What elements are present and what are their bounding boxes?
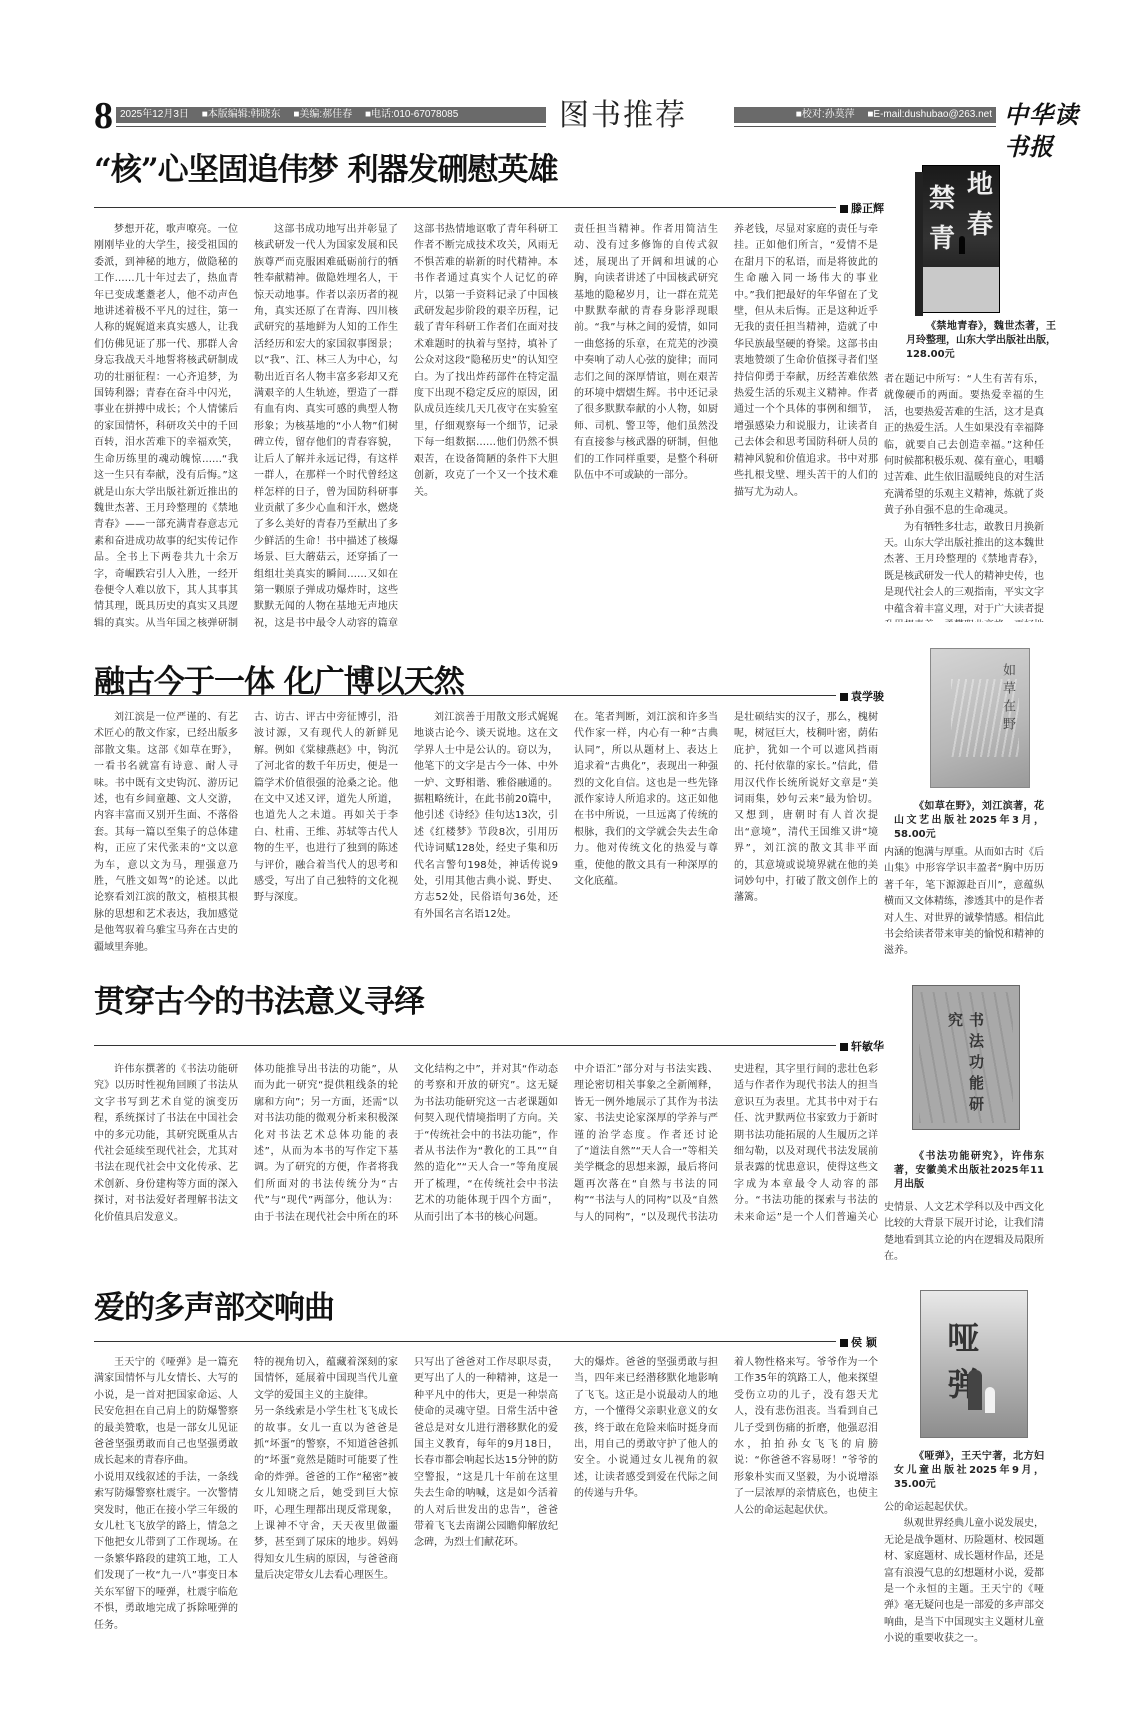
article-byline: 侯 颖 — [840, 1334, 877, 1350]
text-column: 养老钱，尽显对家庭的责任与牵挂。正如他们所言，“爱情不是在甜月下的私语，而是将彼… — [734, 222, 878, 632]
newspaper-page: 8 2025年12月3日 ■本版编辑:韩晓东 ■美编:郝佳春 ■电话:010-6… — [94, 0, 1094, 1725]
text-column: 梦想开花，歌声嘹亮。一位刚刚毕业的大学生，接受祖国的委派，到神秘的地方，做隐秘的… — [94, 222, 238, 632]
text-column: 这部书热情地讴歌了青年科研工作者不断完成技术攻关，风雨无不惧苦难的崭新的时代精神… — [414, 222, 558, 632]
book-caption: 《如草在野》，刘江滨著，花山文艺出版社2025年3月，58.00元 — [894, 800, 1044, 842]
art-editor-credit: ■美编:郝佳春 — [293, 109, 352, 120]
book-cover-image: 如草在野 — [930, 648, 1030, 788]
text-column: 体功能推导出书法的功能”，从而为此一研究“提供粗线条的轮廓和方向”；另一方面，还… — [254, 1062, 398, 1227]
byline-rule — [94, 207, 836, 208]
text-column: 特的视角切入，蕴藏着深刻的家国情怀，延展着中国现当代儿童文学的爱国主义的主旋律。… — [254, 1355, 398, 1715]
article-byline: 轩敏华 — [840, 1038, 884, 1054]
text-column: 在。笔者判断，刘江滨和许多当代作家一样，内心有一种“古典认同”，所以从题材上、表… — [574, 710, 718, 962]
proofreader-credit: ■校对:孙莫萍 — [796, 109, 855, 120]
sidebar-text: 内涵的饱满与厚重。从而如古时《后山集》中形容学识丰盈者“胸中历历著千年，笔下源源… — [884, 845, 1044, 963]
masthead-info-bar: 2025年12月3日 ■本版编辑:韩晓东 ■美编:郝佳春 ■电话:010-670… — [116, 107, 546, 123]
text-column: 文化结构之中”，并对其“作动态的考察和开放的研究”。这无疑为书法功能研究这一古老… — [414, 1062, 558, 1227]
book-caption: 《哑弹》，王天宁著，北方妇女儿童出版社2025年9月，35.00元 — [894, 1450, 1044, 1492]
article-body: 梦想开花，歌声嘹亮。一位刚刚毕业的大学生，接受祖国的委派，到神秘的地方，做隐秘的… — [94, 222, 878, 632]
newspaper-logo: 中华读书报 — [1004, 99, 1094, 163]
book-cover-image: 哑弹 — [920, 1290, 1028, 1438]
text-column: 大的爆炸。爸爸的坚强勇敢与担当，四年来已经潜移默化地影响了飞飞。这正是小说最动人… — [574, 1355, 718, 1715]
article-headline: 融古今于一体 化广博以天然 — [94, 660, 464, 704]
book-caption: 《书法功能研究》，许伟东著，安徽美术出版社2025年11月出版 — [894, 1150, 1044, 1192]
divider — [116, 126, 546, 127]
text-column: 只写出了爸爸对工作尽职尽责，更写出了人的一种精神，这是一种平凡中的伟大，更是一种… — [414, 1355, 558, 1715]
phone-number: ■电话:010-67078085 — [365, 109, 458, 120]
divider — [734, 126, 996, 127]
text-column: 王天宁的《哑弹》是一篇充满家国情怀与儿女情长、大写的小说，是一首对把国家命运、人… — [94, 1355, 238, 1715]
article-body: 许伟东撰著的《书法功能研究》以历时性视角回顾了书法从文字书写到艺术自觉的演变历程… — [94, 1062, 878, 1227]
section-title: 图书推荐 — [559, 97, 687, 135]
article-headline: 贯穿古今的书法意义寻绎 — [94, 980, 424, 1024]
book-caption: 《禁地青春》，魏世杰著，王月玲整理，山东大学出版社出版，128.00元 — [906, 320, 1056, 362]
text-column: 中介语汇”部分对与书法实践、理论密切相关事象之全新阐释，皆无一例外地展示了其作为… — [574, 1062, 718, 1227]
article-headline: 爱的多声部交响曲 — [94, 1286, 334, 1330]
byline-rule — [94, 695, 836, 696]
sidebar-text: 公的命运起起伏伏。 纵观世界经典儿童小说发展史，无论是战争题材、历险题材、校园题… — [884, 1500, 1044, 1660]
byline-rule — [94, 1341, 836, 1342]
article-byline: 滕正辉 — [840, 200, 884, 216]
text-column: 刘江滨是一位严谨的、有艺术匠心的散文作家，已经出版多部散文集。这部《如草在野》，… — [94, 710, 238, 962]
sidebar-text: 史情景、人文艺术学科以及中西文化比较的大背景下展开讨论，让我们清楚地看到其立论的… — [884, 1200, 1044, 1270]
text-column: 刘江滨善于用散文形式娓娓地谈古论今、谈天说地。这在文学界人士中是公认的。窃以为，… — [414, 710, 558, 962]
article-body: 刘江滨是一位严谨的、有艺术匠心的散文作家，已经出版多部散文集。这部《如草在野》，… — [94, 710, 878, 962]
sidebar-text: 者在题记中所写：“人生有苦有乐，就像硬币的两面。要热爱幸福的生活，也要热爱苦难的… — [884, 372, 1044, 622]
text-column: 着人物性格来写。爷爷作为一个工作35年的筑路工人，他来探望受伤立功的儿子，没有怨… — [734, 1355, 878, 1715]
text-column: 这部书成功地写出并彰显了核武研发一代人为国家发展和民族尊严而克服困难砥砺前行的牺… — [254, 222, 398, 632]
text-column: 许伟东撰著的《书法功能研究》以历时性视角回顾了书法从文字书写到艺术自觉的演变历程… — [94, 1062, 238, 1227]
email-address: ■E-mail:dushubao@263.net — [867, 109, 992, 120]
masthead-contact-bar: ■校对:孙莫萍 ■E-mail:dushubao@263.net — [734, 107, 996, 123]
issue-date: 2025年12月3日 — [120, 109, 189, 120]
text-column: 史进程，其字里行间的悲壮色彩适与作者作为现代书法人的担当意识互为表里。尤其书中对… — [734, 1062, 878, 1227]
masthead: 8 2025年12月3日 ■本版编辑:韩晓东 ■美编:郝佳春 ■电话:010-6… — [94, 97, 1094, 137]
page-number: 8 — [94, 99, 113, 133]
article-byline: 袁学骏 — [840, 688, 884, 704]
article-headline: “核”心坚固追伟梦 利器发硎慰英雄 — [94, 148, 557, 192]
book-cover-image: 禁 青 地 春 — [922, 165, 1000, 313]
text-column: 古、访古、评古中旁征博引，沿波讨源，又有现代人的新鲜见解。例如《棠棣燕赵》中，钩… — [254, 710, 398, 962]
book-cover-image: 书法功能研究 — [912, 985, 1020, 1130]
text-column: 是壮硕结实的汉子，那么，槐树呢，树冠巨大，枝稠叶密，荫佑庇护，犹如一个可以遮风挡… — [734, 710, 878, 962]
article-body: 王天宁的《哑弹》是一篇充满家国情怀与儿女情长、大写的小说，是一首对把国家命运、人… — [94, 1355, 878, 1715]
text-column: 责任担当精神。作者用简洁生动、没有过多修饰的自传式叙述，展现出了开阔和坦诚的心胸… — [574, 222, 718, 632]
byline-rule — [94, 1045, 836, 1046]
editor-credit: ■本版编辑:韩晓东 — [202, 109, 281, 120]
